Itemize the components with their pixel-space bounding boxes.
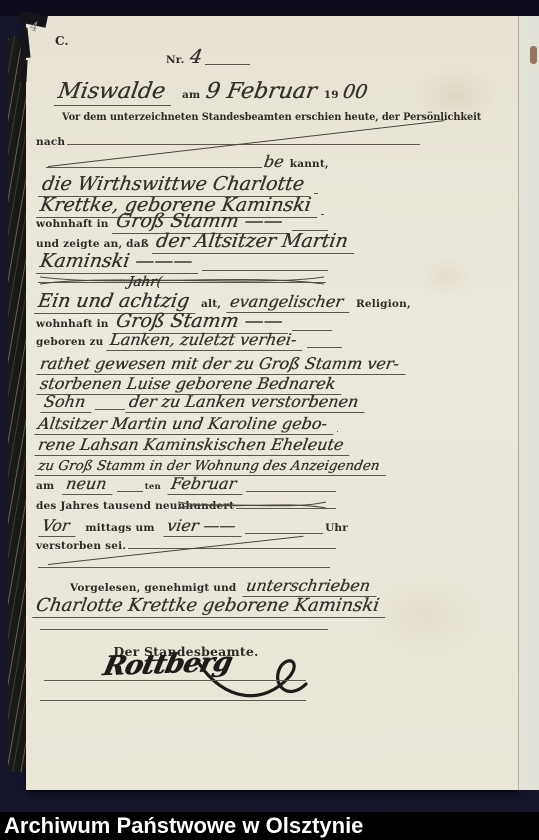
pencil-mark: 4 xyxy=(29,19,39,35)
religion-label: Religion, xyxy=(356,298,411,310)
parents3-handwritten: rene Lahsan Kaminskischen Eheleute xyxy=(34,435,353,456)
death-day-row: am neun ten Februar xyxy=(36,474,338,495)
alt-label: alt, xyxy=(201,298,221,310)
ten-label: ten xyxy=(145,482,161,492)
form-line xyxy=(38,567,330,568)
hour-handwritten: vier —— xyxy=(163,516,245,537)
marriage-row-1: rathet gewesen mit der zu Groß Stamm ver… xyxy=(38,354,340,375)
be-handwritten: be xyxy=(262,152,285,171)
day-handwritten: neun xyxy=(63,474,117,495)
form-line xyxy=(128,547,336,549)
intro-row: Vor dem unterzeichneten Standesbeamten e… xyxy=(62,112,481,123)
son-row: Sohn der zu Lanken verstorbenen xyxy=(42,392,340,413)
torn-edge xyxy=(20,60,27,82)
parents-row-3: rene Lahsan Kaminskischen Eheleute xyxy=(36,435,342,456)
register-page: 4 C. Nr. 4 Miswalde am 9 Februar 19 00 V… xyxy=(26,16,518,790)
form-line xyxy=(205,63,250,65)
form-line xyxy=(40,700,306,701)
archive-caption-bar: Archiwum Państwowe w Olsztynie xyxy=(0,812,539,840)
parents2-handwritten: Altsitzer Martin und Karoline gebo- xyxy=(34,414,336,435)
form-letter-c: C. xyxy=(55,34,69,48)
form-line xyxy=(117,490,143,492)
rust-stain xyxy=(530,46,537,64)
place-date-row: Miswalde am 9 Februar 19 00 xyxy=(56,79,402,106)
month-handwritten: Februar xyxy=(167,474,245,495)
intro-printed-line: Vor dem unterzeichneten Standesbeamten e… xyxy=(62,112,481,123)
nach-row: nach xyxy=(36,136,422,148)
year-handwritten: 00 xyxy=(341,81,369,103)
verstorben-label: verstorben sei. xyxy=(36,540,126,552)
form-line xyxy=(246,490,336,492)
year-printed: 19 xyxy=(324,89,339,101)
parents-row-2: Altsitzer Martin und Karoline gebo- xyxy=(36,414,340,435)
vorgelesen-row: Vorgelesen, genehmigt und unterschrieben xyxy=(70,576,344,597)
declarant-signature-handwritten: Charlotte Krettke geborene Kaminski xyxy=(32,595,388,618)
wavy-cancel-stroke xyxy=(176,498,328,512)
kannt-label: kannt, xyxy=(290,158,329,170)
form-line xyxy=(307,346,342,348)
nr-label: Nr. xyxy=(166,54,184,66)
am-label-2: am xyxy=(36,480,54,492)
jahr-insert-handwritten: Jahr( xyxy=(127,274,163,290)
vorgelesen-label: Vorgelesen, genehmigt und xyxy=(70,582,236,594)
nach-label: nach xyxy=(36,136,65,148)
am-label: am xyxy=(182,89,200,101)
sohn-handwritten: Sohn xyxy=(40,392,95,413)
zeigte-label: und zeigte an, daß xyxy=(36,238,149,250)
declarant-signature-row: Charlotte Krettke geborene Kaminski xyxy=(34,595,348,618)
form-line xyxy=(44,680,306,681)
date-handwritten: 9 Februar xyxy=(204,79,318,104)
book-spine-edge xyxy=(8,36,27,772)
birth-row: geboren zu Lanken, zuletzt verhei- xyxy=(36,330,344,351)
scan-viewport: 4 C. Nr. 4 Miswalde am 9 Februar 19 00 V… xyxy=(0,0,539,840)
wavy-cancel-stroke xyxy=(38,271,326,289)
verstorben-row: verstorben sei. xyxy=(36,540,338,552)
record-number-row: Nr. 4 xyxy=(166,46,252,68)
archive-caption: Archiwum Państwowe w Olsztynie xyxy=(4,813,363,838)
vor-handwritten: Vor xyxy=(38,516,79,537)
page-fore-edge xyxy=(518,16,539,790)
wohnhaft-label-2: wohnhaft in xyxy=(36,318,109,330)
death-time-row: Vor mittags um vier —— Uhr xyxy=(40,516,348,537)
birth-handwritten: Lanken, zuletzt verhei- xyxy=(107,330,307,351)
form-line xyxy=(46,166,262,168)
form-line xyxy=(245,532,323,534)
form-line xyxy=(95,408,125,410)
mittags-label: mittags um xyxy=(85,522,154,534)
form-line xyxy=(40,629,328,630)
nr-value-handwritten: 4 xyxy=(189,46,205,68)
wohnhaft-label: wohnhaft in xyxy=(36,218,109,230)
place-handwritten: Miswalde xyxy=(54,79,175,106)
parents1-handwritten: der zu Lanken verstorbenen xyxy=(126,392,368,413)
uhr-label: Uhr xyxy=(325,522,348,534)
form-line xyxy=(337,430,338,432)
unterschrieben-handwritten: unterschrieben xyxy=(243,576,380,597)
geboren-label: geboren zu xyxy=(36,336,103,348)
marriage1-handwritten: rathet gewesen mit der zu Groß Stamm ver… xyxy=(36,354,408,375)
